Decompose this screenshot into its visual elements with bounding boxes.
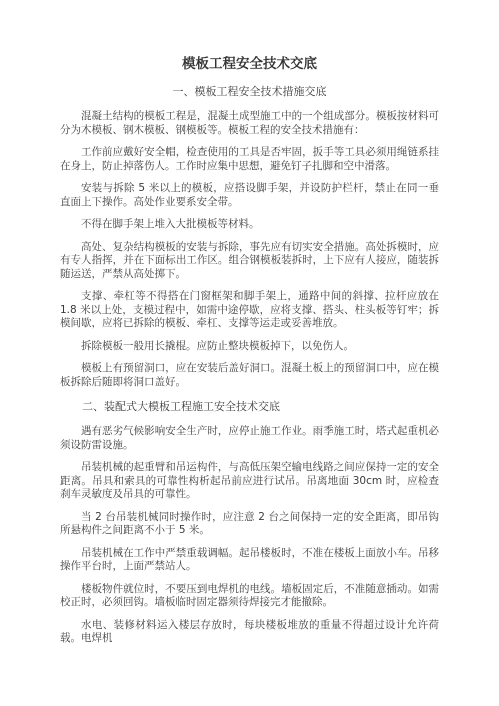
paragraph: 模板上有预留洞口，应在安装后盖好洞口。混凝土板上的预留洞口中，应在模板拆除后随即… [60,362,439,389]
section-2-heading: 二、装配式大模板工程施工安全技术交底 [60,400,439,414]
paragraph: 高处、复杂结构模板的安装与拆除，事先应有切实安全措施。高处拆模时，应有专人指挥，… [60,241,439,282]
paragraph: 安装与拆除 5 米以上的模板，应搭设脚手架，并设防护栏杆，禁止在同一垂直面上下操… [60,182,439,209]
paragraph: 拆除模板一般用长撬棍。应防止整块模板掉下，以免伤人。 [60,340,439,354]
paragraph: 吊装机械的起重臂和吊运构件，与高低压架空输电线路之间应保持一定的安全距离。吊具和… [60,461,439,502]
paragraph: 遇有恶劣气候影响安全生产时，应停止施工作业。雨季施工时，塔式起重机必须设防雷设施… [60,425,439,452]
paragraph: 混凝土结构的模板工程是，混凝土成型施工中的一个组成部分。模板按材料可分为木模板、… [60,110,439,137]
section-1-heading: 一、模板工程安全技术措施交底 [60,85,439,99]
document-page: 模板工程安全技术交底 一、模板工程安全技术措施交底 混凝土结构的模板工程是，混凝… [0,0,499,706]
paragraph: 支撑、牵杠等不得搭在门窗框架和脚手架上，通路中间的斜撑、拉杆应放在 1.8 米以… [60,290,439,331]
paragraph: 水电、装修材料运入楼层存放时，每块楼板堆放的重量不得超过设计允许荷载。电焊机 [60,619,439,646]
document-title: 模板工程安全技术交底 [60,56,439,72]
paragraph: 当 2 台吊装机械同时操作时，应注意 2 台之间保持一定的安全距离，即吊钩所悬构… [60,511,439,538]
paragraph: 工作前应戴好安全帽，检查使用的工具是否牢固，扳手等工具必须用绳链系挂在身上，防止… [60,146,439,173]
paragraph: 吊装机械在工作中严禁重载调幅。起吊楼板时，不准在楼板上面放小车。吊移操作平台时，… [60,547,439,574]
paragraph: 楼板物件就位时，不要压到电焊机的电线。墙板固定后，不准随意插动。如需校正时，必须… [60,583,439,610]
paragraph: 不得在脚手架上堆入大批模板等材料。 [60,218,439,232]
